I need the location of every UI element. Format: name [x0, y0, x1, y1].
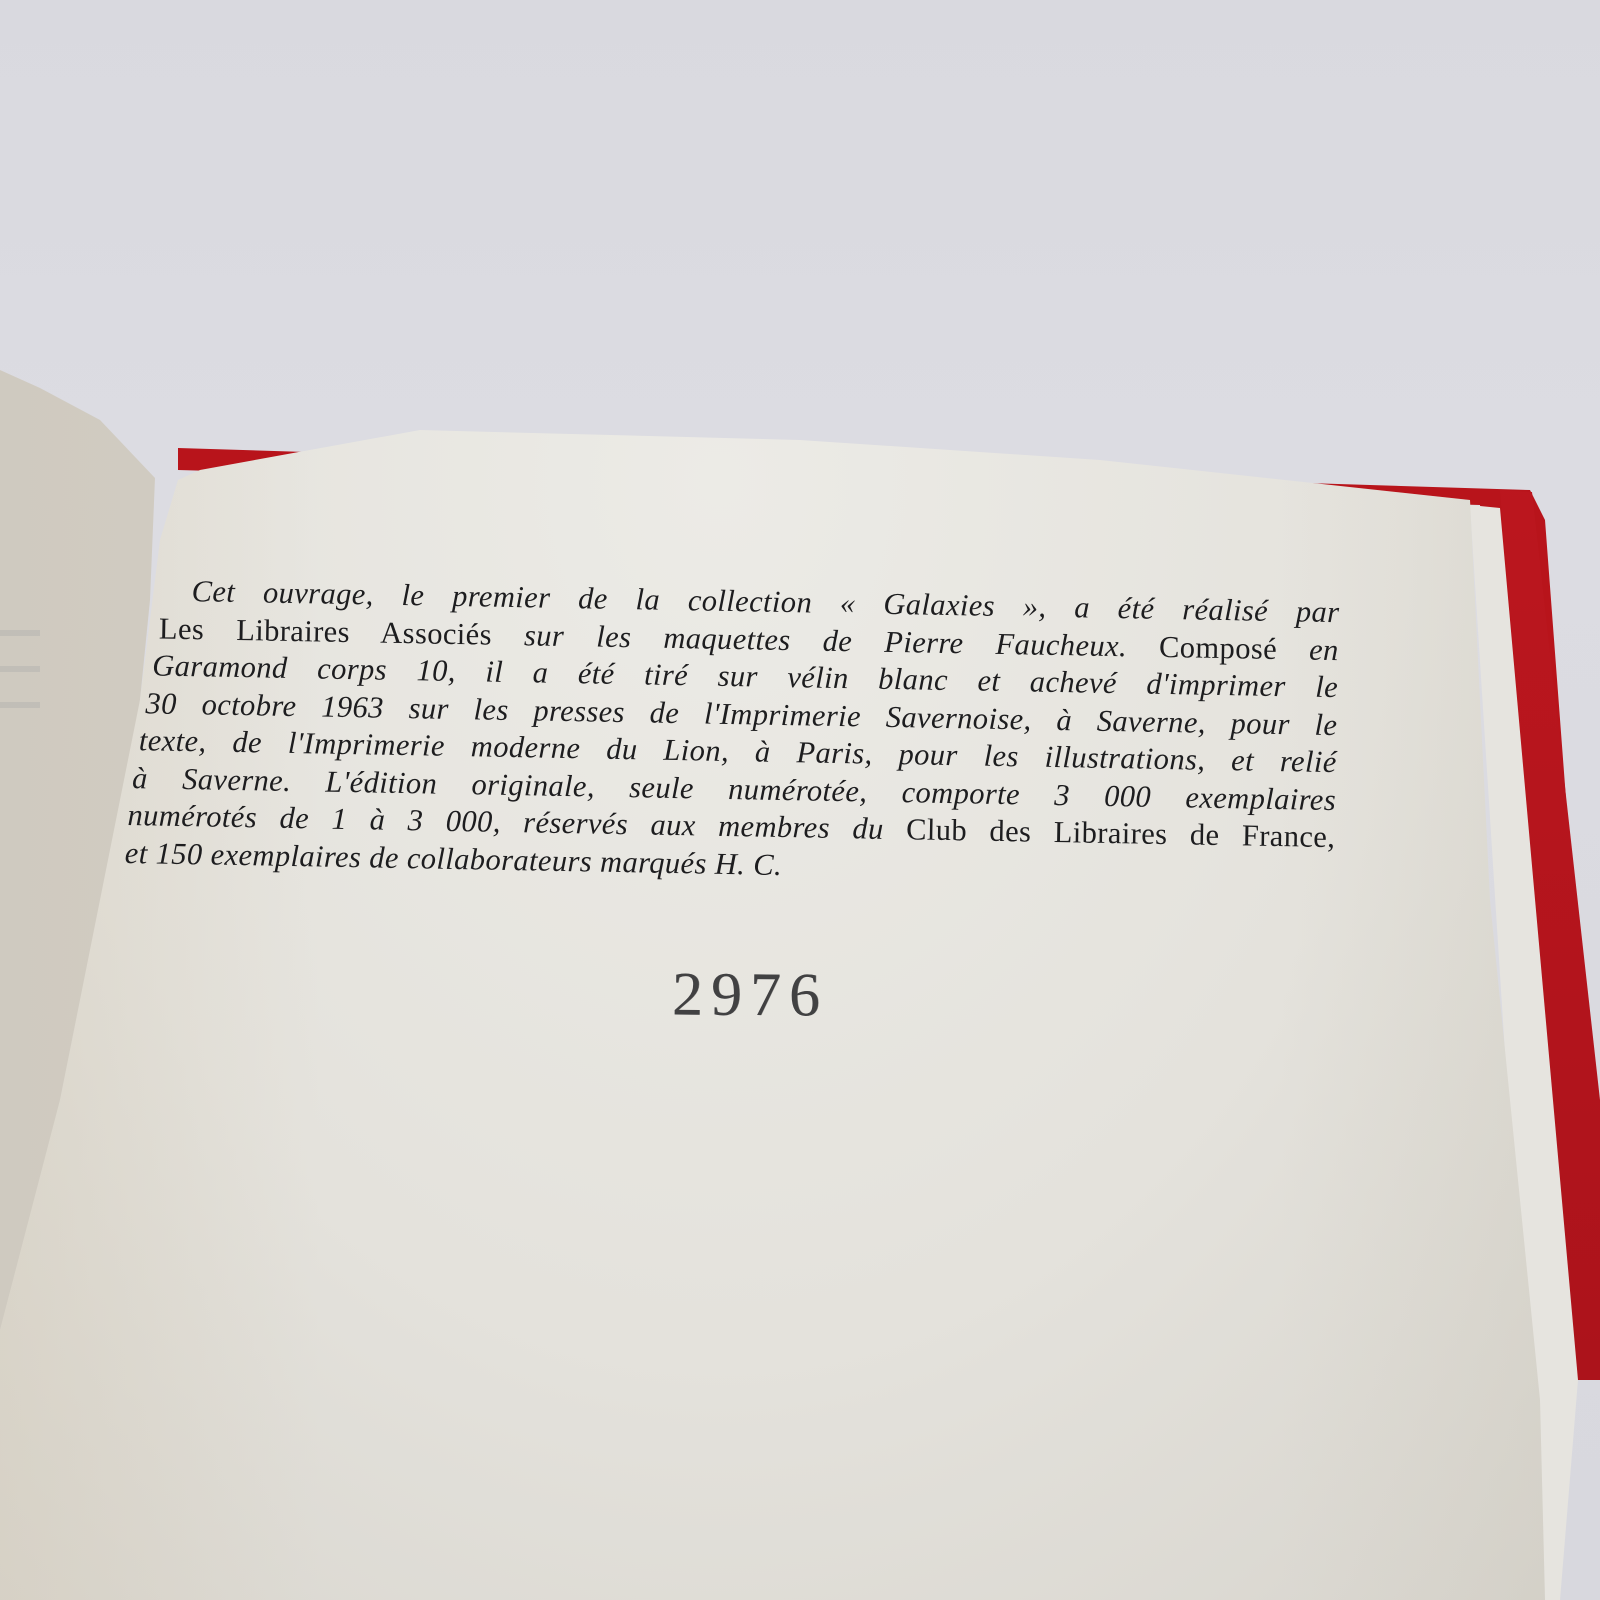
book-photo-scene: Cet ouvrage, le premier de la collection… — [0, 0, 1600, 1600]
colophon-text-block: Cet ouvrage, le premier de la collection… — [125, 572, 1340, 894]
left-page-bleed-through-text — [0, 600, 40, 720]
colophon-segment: en — [1309, 632, 1339, 667]
colophon-segment: Les Libraires Associés — [159, 611, 525, 652]
edition-number-stamp: 2976 — [672, 959, 828, 1031]
colophon-segment: Club des Libraires de France, — [906, 812, 1336, 854]
colophon-segment: Composé — [1127, 629, 1310, 666]
